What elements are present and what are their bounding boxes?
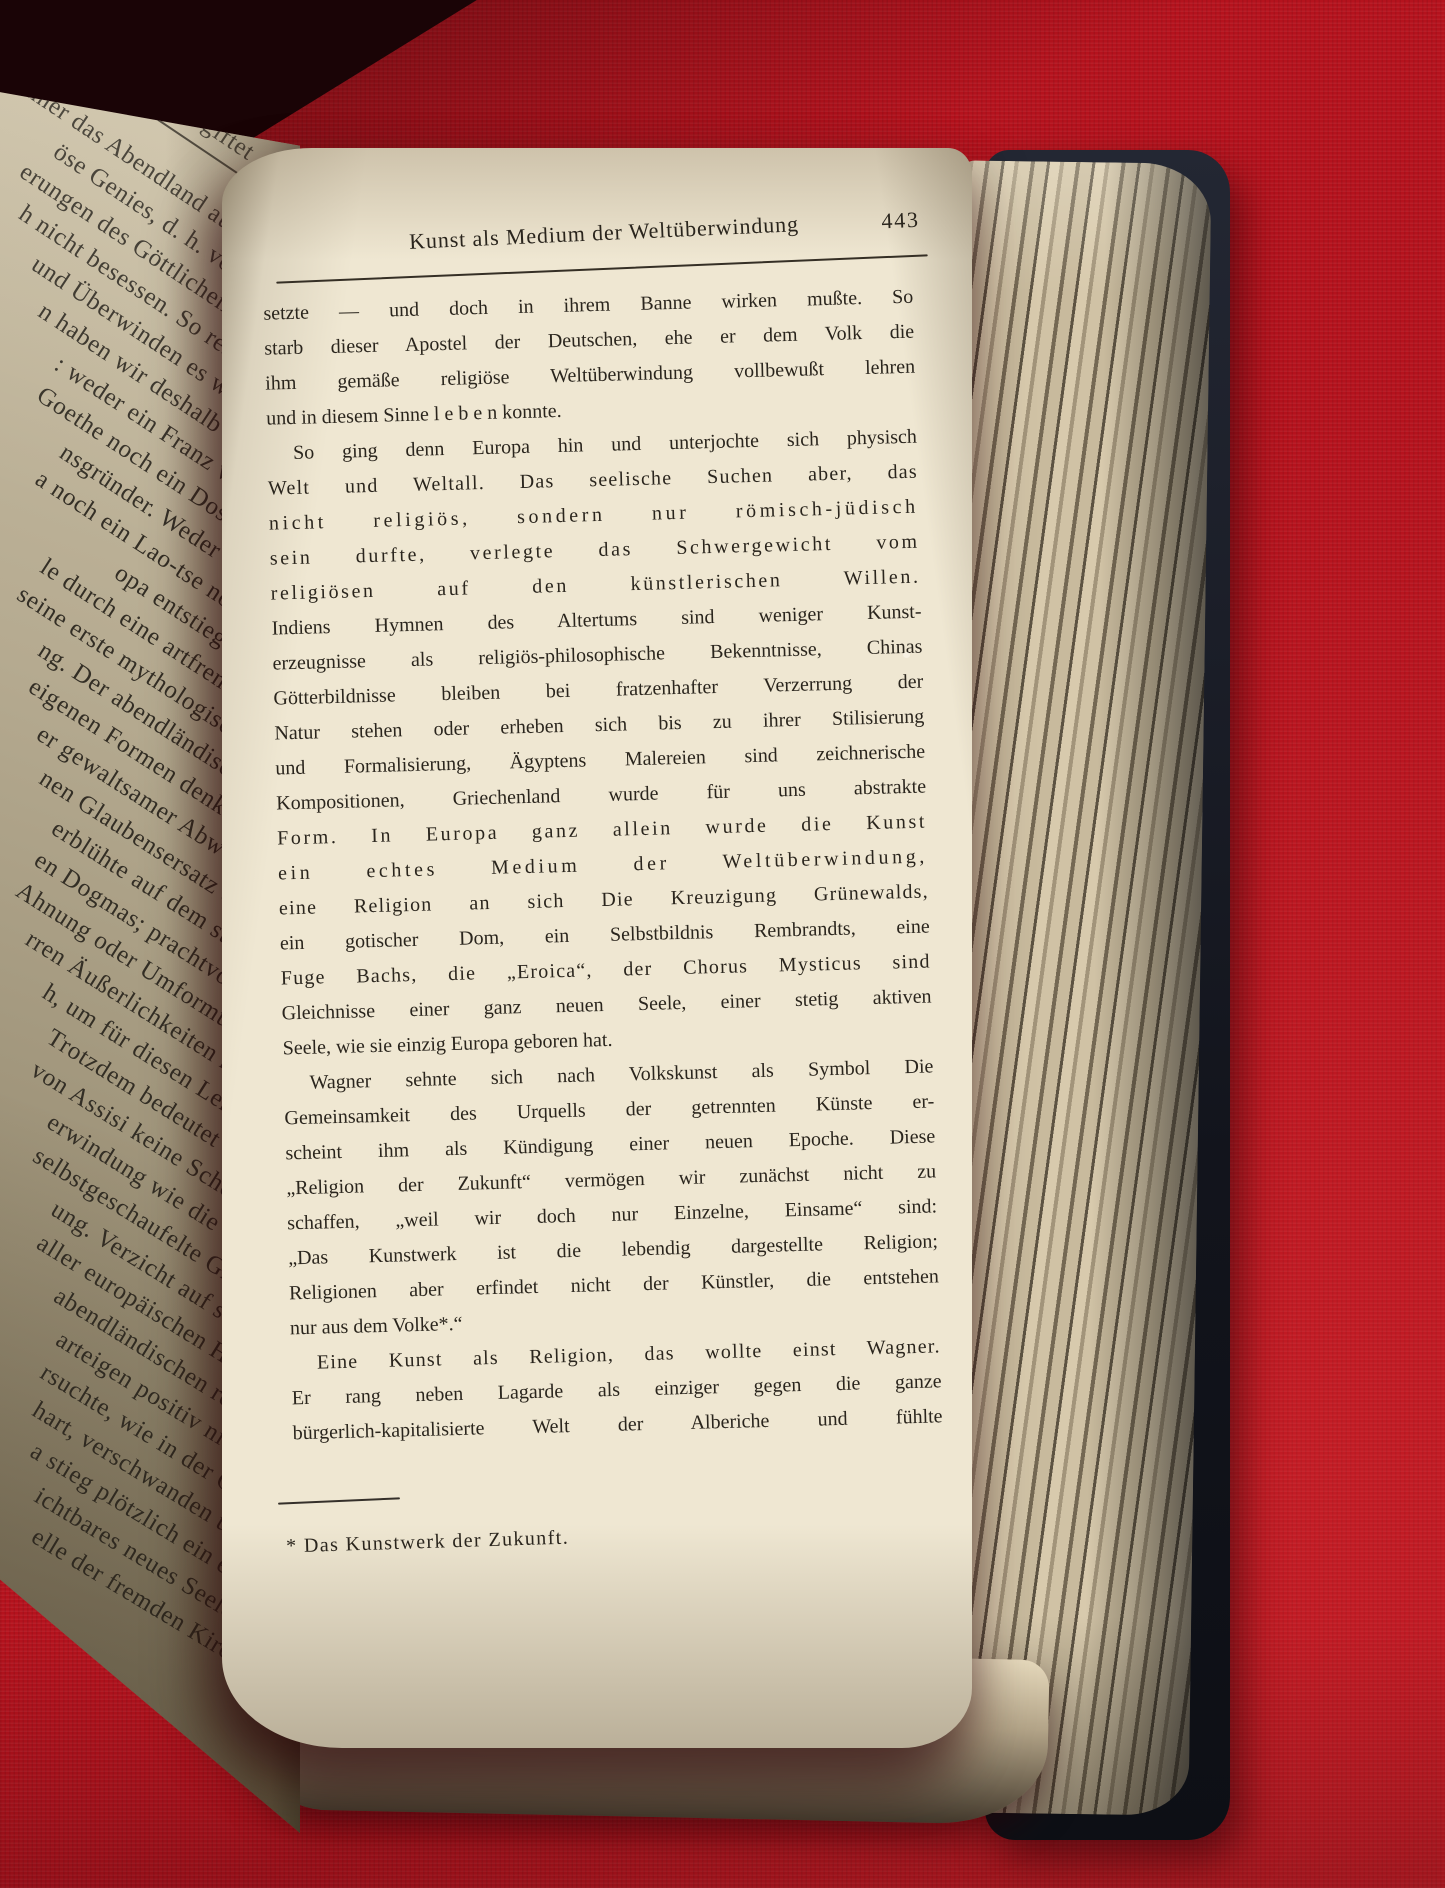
header-rule [276,254,928,283]
running-header: Kunst als Medium der Weltüberwindung 443 [280,205,929,260]
body-text: setzte — und doch in ihrem Banne wirken … [263,280,943,1452]
page-edges-stack [936,160,1211,1815]
page-number: 443 [881,207,920,235]
footnote-rule [278,1497,400,1504]
paper-speck [903,652,910,658]
chapter-title: Kunst als Medium der Weltüberwindung [409,211,800,254]
book-photo: { "palette": { "fabric_red": "#b5121d", … [0,0,1445,1888]
right-book-page: Kunst als Medium der Weltüberwindung 443… [222,148,972,1748]
footnote: * Das Kunstwerk der Zukunft. [286,1517,886,1559]
